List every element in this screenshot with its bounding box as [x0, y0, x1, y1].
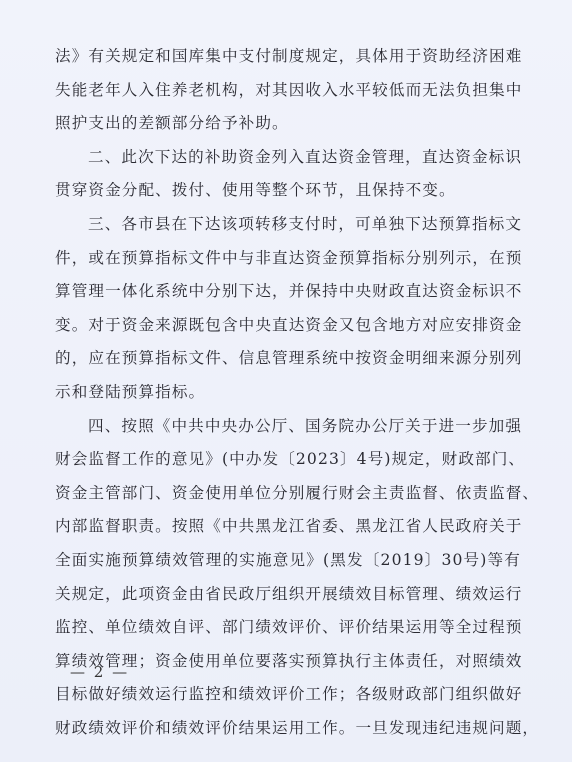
text-line: 财政绩效评价和绩效评价结果运用工作。一旦发现违纪违规问题， [55, 712, 521, 746]
text-line: 目标做好绩效运行监控和绩效评价工作；各级财政部门组织做好 [55, 678, 521, 712]
text-line: 财会监督工作的意见》(中办发〔2023〕4号)规定，财政部门、 [55, 443, 521, 477]
text-line: 照护支出的差额部分给予补助。 [55, 107, 521, 141]
text-line: 资金主管部门、资金使用单位分别履行财会主责监督、依责监督、 [55, 477, 521, 511]
paragraph-3-start: 三、各市县在下达该项转移支付时，可单独下达预算指标文 [55, 208, 521, 242]
text-line: 示和登陆预算指标。 [55, 376, 521, 410]
page-number: — 2 — [70, 663, 129, 681]
document-body: 法》有关规定和国库集中支付制度规定，具体用于资助经济困难 失能老年人入住养老机构… [55, 40, 521, 745]
document-page: 法》有关规定和国库集中支付制度规定，具体用于资助经济困难 失能老年人入住养老机构… [0, 0, 572, 762]
paragraph-2-start: 二、此次下达的补助资金列入直达资金管理，直达资金标识 [55, 141, 521, 175]
text-line: 的，应在预算指标文件、信息管理系统中按资金明细来源分别列 [55, 342, 521, 376]
text-line: 算管理一体化系统中分别下达，并保持中央财政直达资金标识不 [55, 275, 521, 309]
paragraph-4-start: 四、按照《中共中央办公厅、国务院办公厅关于进一步加强 [55, 410, 521, 444]
text-line: 法》有关规定和国库集中支付制度规定，具体用于资助经济困难 [55, 40, 521, 74]
text-line: 监控、单位绩效自评、部门绩效评价、评价结果运用等全过程预 [55, 611, 521, 645]
text-line: 失能老年人入住养老机构，对其因收入水平较低而无法负担集中 [55, 74, 521, 108]
text-line: 件，或在预算指标文件中与非直达资金预算指标分别列示，在预 [55, 242, 521, 276]
text-line: 变。对于资金来源既包含中央直达资金又包含地方对应安排资金 [55, 309, 521, 343]
text-line: 内部监督职责。按照《中共黑龙江省委、黑龙江省人民政府关于 [55, 510, 521, 544]
text-line: 全面实施预算绩效管理的实施意见》(黑发〔2019〕30号)等有 [55, 544, 521, 578]
text-line: 关规定，此项资金由省民政厅组织开展绩效目标管理、绩效运行 [55, 578, 521, 612]
text-line: 贯穿资金分配、拨付、使用等整个环节，且保持不变。 [55, 174, 521, 208]
